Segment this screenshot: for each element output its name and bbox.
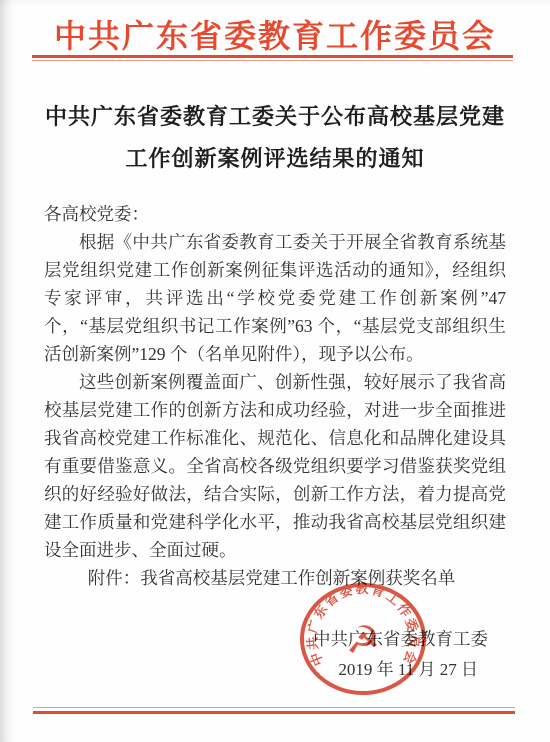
document-title-line1: 中共广东省委教育工委关于公布高校基层党建 <box>20 96 530 138</box>
footer-divider-thick-line <box>33 711 515 714</box>
letterhead-divider <box>32 55 513 62</box>
document-title-line2: 工作创新案例评选结果的通知 <box>20 138 530 180</box>
document-page: 中共广东省委教育工作委员会 中共广东省委教育工委关于公布高校基层党建 工作创新案… <box>0 0 550 742</box>
letterhead-divider-thin-line <box>32 60 513 61</box>
body-paragraph-1: 根据《中共广东省委教育工委关于开展全省教育系统基层党组织党建工作创新案例征集评选… <box>44 228 506 368</box>
footer-divider <box>33 707 515 715</box>
signature-org: 中共广东省委教育工委 <box>313 626 488 651</box>
document-body: 各高校党委： 根据《中共广东省委教育工委关于开展全省教育系统基层党组织党建工作创… <box>44 200 506 564</box>
salutation: 各高校党委： <box>44 200 506 228</box>
signature-date: 2019 年 11 月 27 日 <box>338 655 478 680</box>
body-paragraph-2: 这些创新案例覆盖面广、创新性强，较好展示了我省高校基层党建工作的创新方法和成功经… <box>44 368 506 564</box>
attachment-line: 附件：我省高校基层党建工作创新案例获奖名单 <box>44 564 506 592</box>
letterhead-org-name: 中共广东省委教育工作委员会 <box>0 11 550 57</box>
document-title: 中共广东省委教育工委关于公布高校基层党建 工作创新案例评选结果的通知 <box>20 96 530 180</box>
